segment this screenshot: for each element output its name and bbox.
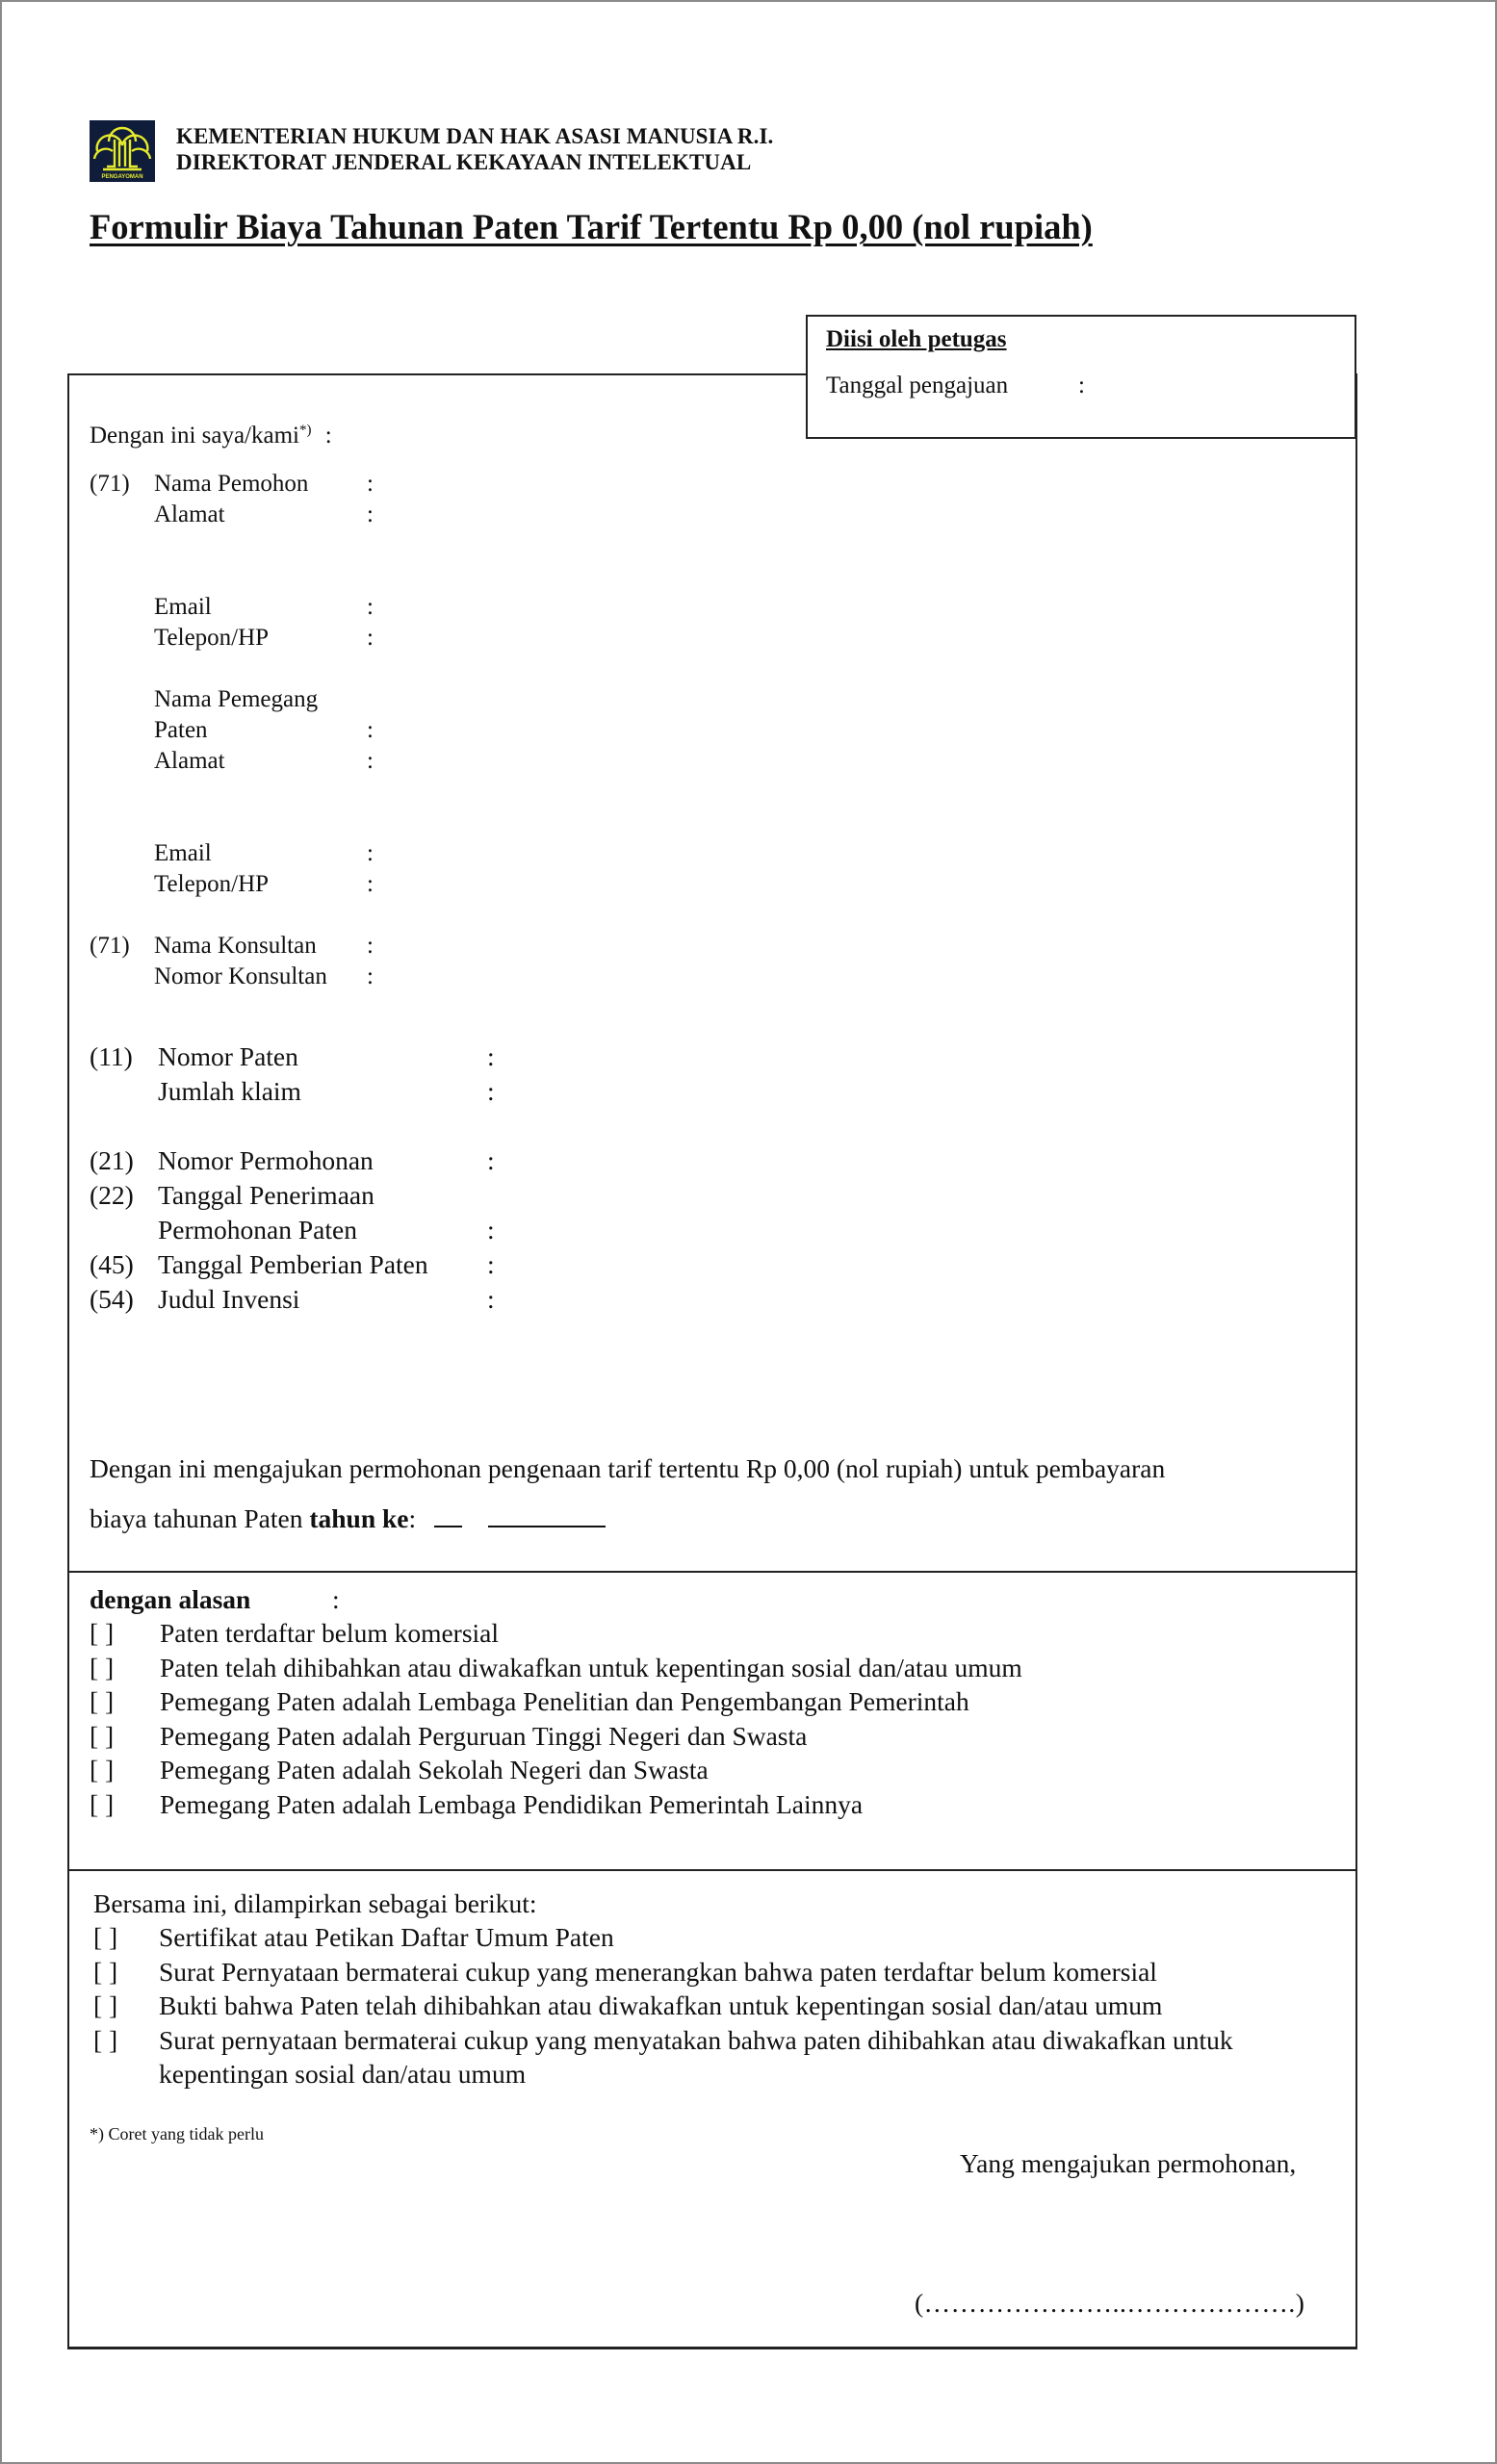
receipt-date-field[interactable]: : (487, 1213, 495, 1247)
reason-option[interactable]: [ ]Pemegang Paten adalah Lembaga Penelit… (90, 1684, 969, 1719)
applicant-code: (71) (90, 469, 130, 500)
colon: : (325, 423, 332, 449)
checkbox-icon[interactable]: [ ] (90, 1787, 160, 1822)
reason-label: Pemegang Paten adalah Perguruan Tinggi N… (160, 1719, 807, 1754)
applicant-name-label: Nama Pemohon (154, 469, 308, 500)
attachment-option[interactable]: [ ]Surat Pernyataan bermaterai cukup yan… (93, 1955, 1157, 1989)
applicant-intro: Dengan ini saya/kami*) : (90, 421, 332, 451)
pengayoman-logo-icon: PENGAYOMAN (90, 120, 155, 182)
patent-number-label: Nomor Paten (158, 1039, 298, 1074)
checkbox-icon[interactable]: [ ] (90, 1684, 160, 1719)
consultant-code: (71) (90, 931, 130, 962)
signature-line[interactable]: (…………………..……………….) (915, 2288, 1304, 2319)
consultant-name-label: Nama Konsultan (154, 931, 317, 962)
officer-box-title: Diisi oleh petugas (826, 326, 1007, 353)
footnote-marker: *) (299, 423, 312, 438)
organization-name: KEMENTERIAN HUKUM DAN HAK ASASI MANUSIA … (176, 123, 773, 175)
attachment-label: Surat pernyataan bermaterai cukup yang m… (159, 2025, 1233, 2055)
directorate-name: DIREKTORAT JENDERAL KEKAYAAN INTELEKTUAL (176, 149, 773, 175)
document-title: Formulir Biaya Tahunan Paten Tarif Terte… (90, 208, 1093, 246)
receipt-date-label: Tanggal Penerimaan (158, 1178, 374, 1213)
year-number-blank[interactable] (434, 1506, 462, 1527)
applicant-email-field[interactable]: : (367, 592, 374, 623)
submission-date-label: Tanggal pengajuan (826, 372, 1008, 398)
colon: : (409, 1503, 417, 1533)
holder-phone-field[interactable]: : (367, 869, 374, 900)
reason-label: Pemegang Paten adalah Sekolah Negeri dan… (160, 1753, 709, 1787)
claims-count-field[interactable]: : (487, 1074, 495, 1109)
checkbox-icon[interactable]: [ ] (90, 1753, 160, 1787)
reason-option[interactable]: [ ]Paten terdaftar belum komersial (90, 1616, 499, 1651)
invention-title-label: Judul Invensi (158, 1282, 299, 1317)
svg-text:PENGAYOMAN: PENGAYOMAN (101, 174, 142, 180)
applicant-address-label: Alamat (154, 500, 225, 530)
logo-tree-icon: PENGAYOMAN (90, 120, 155, 182)
patent-number-field[interactable]: : (487, 1039, 495, 1074)
ministry-name: KEMENTERIAN HUKUM DAN HAK ASASI MANUSIA … (176, 123, 773, 149)
applicant-address-field[interactable]: : (367, 500, 374, 530)
checkbox-icon[interactable]: [ ] (93, 2023, 159, 2058)
year-value-blank[interactable] (488, 1506, 606, 1527)
year-label: tahun ke (309, 1503, 408, 1533)
reasons-heading: dengan alasan : (90, 1582, 250, 1617)
attachment-label: Sertifikat atau Petikan Daftar Umum Pate… (159, 1922, 614, 1952)
attachment-option[interactable]: [ ]Sertifikat atau Petikan Daftar Umum P… (93, 1920, 614, 1955)
request-line-1: Dengan ini mengajukan permohonan pengena… (90, 1451, 1165, 1486)
reason-label: Paten telah dihibahkan atau diwakafkan u… (160, 1651, 1022, 1685)
submission-date-field[interactable]: Tanggal pengajuan : (826, 372, 1008, 399)
checkbox-icon[interactable]: [ ] (90, 1616, 160, 1651)
colon: : (332, 1582, 340, 1617)
section-divider (67, 1869, 1357, 1871)
signature-label: Yang mengajukan permohonan, (960, 2148, 1296, 2179)
holder-name-label: Nama Pemegang (154, 684, 318, 715)
holder-address-field[interactable]: : (367, 746, 374, 777)
reason-label: Pemegang Paten adalah Lembaga Pendidikan… (160, 1787, 863, 1822)
attachment-option[interactable]: [ ]Surat pernyataan bermaterai cukup yan… (93, 2023, 1233, 2058)
reason-option[interactable]: [ ]Pemegang Paten adalah Perguruan Tingg… (90, 1719, 807, 1754)
reasons-heading-text: dengan alasan (90, 1584, 250, 1614)
holder-email-field[interactable]: : (367, 838, 374, 869)
grant-date-field[interactable]: : (487, 1247, 495, 1282)
holder-address-label: Alamat (154, 746, 225, 777)
attachments-heading: Bersama ini, dilampirkan sebagai berikut… (93, 1886, 537, 1921)
reason-label: Paten terdaftar belum komersial (160, 1616, 499, 1651)
intro-text: Dengan ini saya/kami (90, 423, 299, 449)
holder-email-label: Email (154, 838, 212, 869)
invention-title-code: (54) (90, 1282, 134, 1317)
holder-name-label-cont: Paten (154, 715, 208, 746)
section-divider (67, 1571, 1357, 1573)
attachment-option[interactable]: [ ]Bukti bahwa Paten telah dihibahkan at… (93, 1989, 1162, 2023)
checkbox-icon[interactable]: [ ] (93, 1989, 159, 2023)
applicant-phone-field[interactable]: : (367, 623, 374, 654)
checkbox-icon[interactable]: [ ] (90, 1651, 160, 1685)
application-number-code: (21) (90, 1143, 134, 1178)
holder-phone-label: Telepon/HP (154, 869, 269, 900)
invention-title-field[interactable]: : (487, 1282, 495, 1317)
consultant-number-label: Nomor Konsultan (154, 962, 327, 992)
attachment-label: Bukti bahwa Paten telah dihibahkan atau … (159, 1990, 1162, 2020)
attachment-label-cont: kepentingan sosial dan/atau umum (159, 2057, 526, 2092)
colon: : (1078, 372, 1085, 399)
claims-count-label: Jumlah klaim (158, 1074, 301, 1109)
checkbox-icon[interactable]: [ ] (93, 1920, 159, 1955)
application-number-label: Nomor Permohonan (158, 1143, 374, 1178)
applicant-phone-label: Telepon/HP (154, 623, 269, 654)
reason-option[interactable]: [ ]Paten telah dihibahkan atau diwakafka… (90, 1651, 1022, 1685)
officer-box: Diisi oleh petugas Tanggal pengajuan : (806, 315, 1356, 439)
consultant-number-field[interactable]: : (367, 962, 374, 992)
applicant-name-field[interactable]: : (367, 469, 374, 500)
request-text: biaya tahunan Paten (90, 1503, 309, 1533)
attachment-label: Surat Pernyataan bermaterai cukup yang m… (159, 1957, 1157, 1987)
applicant-email-label: Email (154, 592, 212, 623)
consultant-name-field[interactable]: : (367, 931, 374, 962)
grant-date-code: (45) (90, 1247, 134, 1282)
reason-label: Pemegang Paten adalah Lembaga Penelitian… (160, 1684, 969, 1719)
application-number-field[interactable]: : (487, 1143, 495, 1178)
checkbox-icon[interactable]: [ ] (90, 1719, 160, 1754)
footnote: *) Coret yang tidak perlu (90, 2124, 264, 2144)
receipt-date-label-cont: Permohonan Paten (158, 1213, 357, 1247)
reason-option[interactable]: [ ]Pemegang Paten adalah Sekolah Negeri … (90, 1753, 709, 1787)
request-line-2: biaya tahunan Paten tahun ke: (90, 1501, 606, 1536)
holder-name-field[interactable]: : (367, 715, 374, 746)
grant-date-label: Tanggal Pemberian Paten (158, 1247, 428, 1282)
receipt-date-code: (22) (90, 1178, 134, 1213)
reason-option[interactable]: [ ]Pemegang Paten adalah Lembaga Pendidi… (90, 1787, 863, 1822)
checkbox-icon[interactable]: [ ] (93, 1955, 159, 1989)
patent-number-code: (11) (90, 1039, 133, 1074)
